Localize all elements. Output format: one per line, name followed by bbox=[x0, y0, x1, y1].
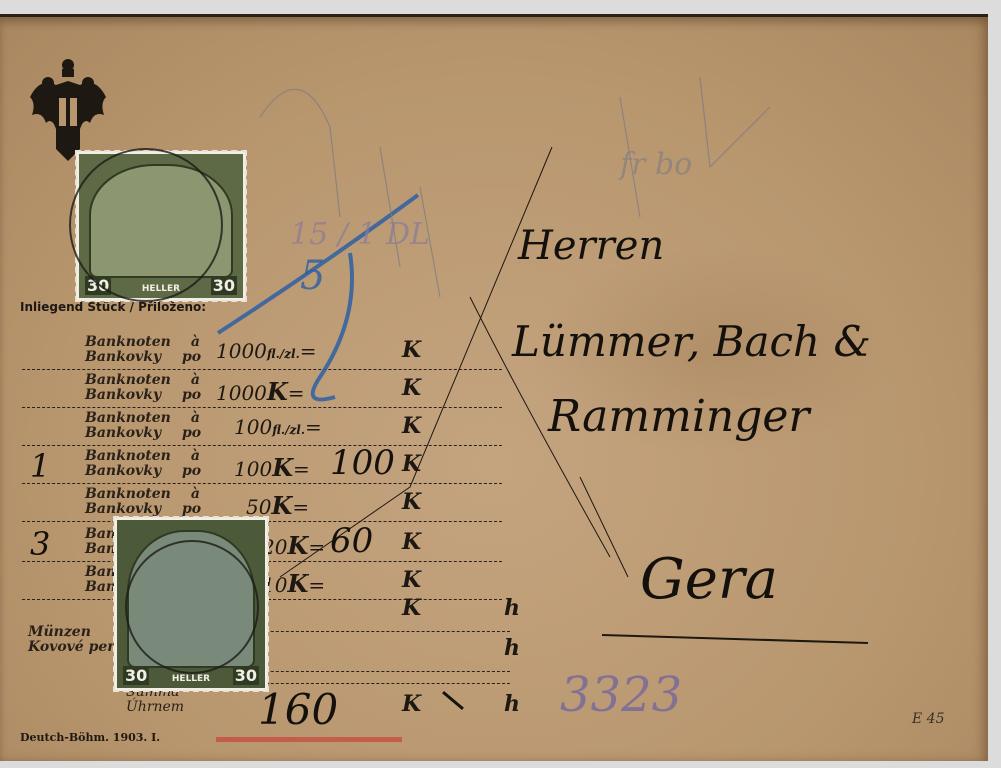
handwritten-marks bbox=[0, 17, 988, 761]
blue-crayon-mark: 5 bbox=[300, 253, 325, 299]
address-city: Gera bbox=[640, 547, 778, 612]
address-salutation: Herren bbox=[518, 223, 664, 269]
pencil-right-note: fr bo bbox=[620, 147, 692, 182]
envelope: Inliegend Stück / Přiloženo: Banknoten B… bbox=[0, 14, 988, 761]
address-line-2: Ramminger bbox=[548, 391, 809, 442]
corner-note: E 45 bbox=[912, 711, 944, 727]
pencil-top-note: 15 / 1 DL bbox=[290, 217, 430, 252]
violet-number: 3323 bbox=[560, 667, 682, 723]
address-line-1: Lümmer, Bach & bbox=[512, 317, 871, 366]
